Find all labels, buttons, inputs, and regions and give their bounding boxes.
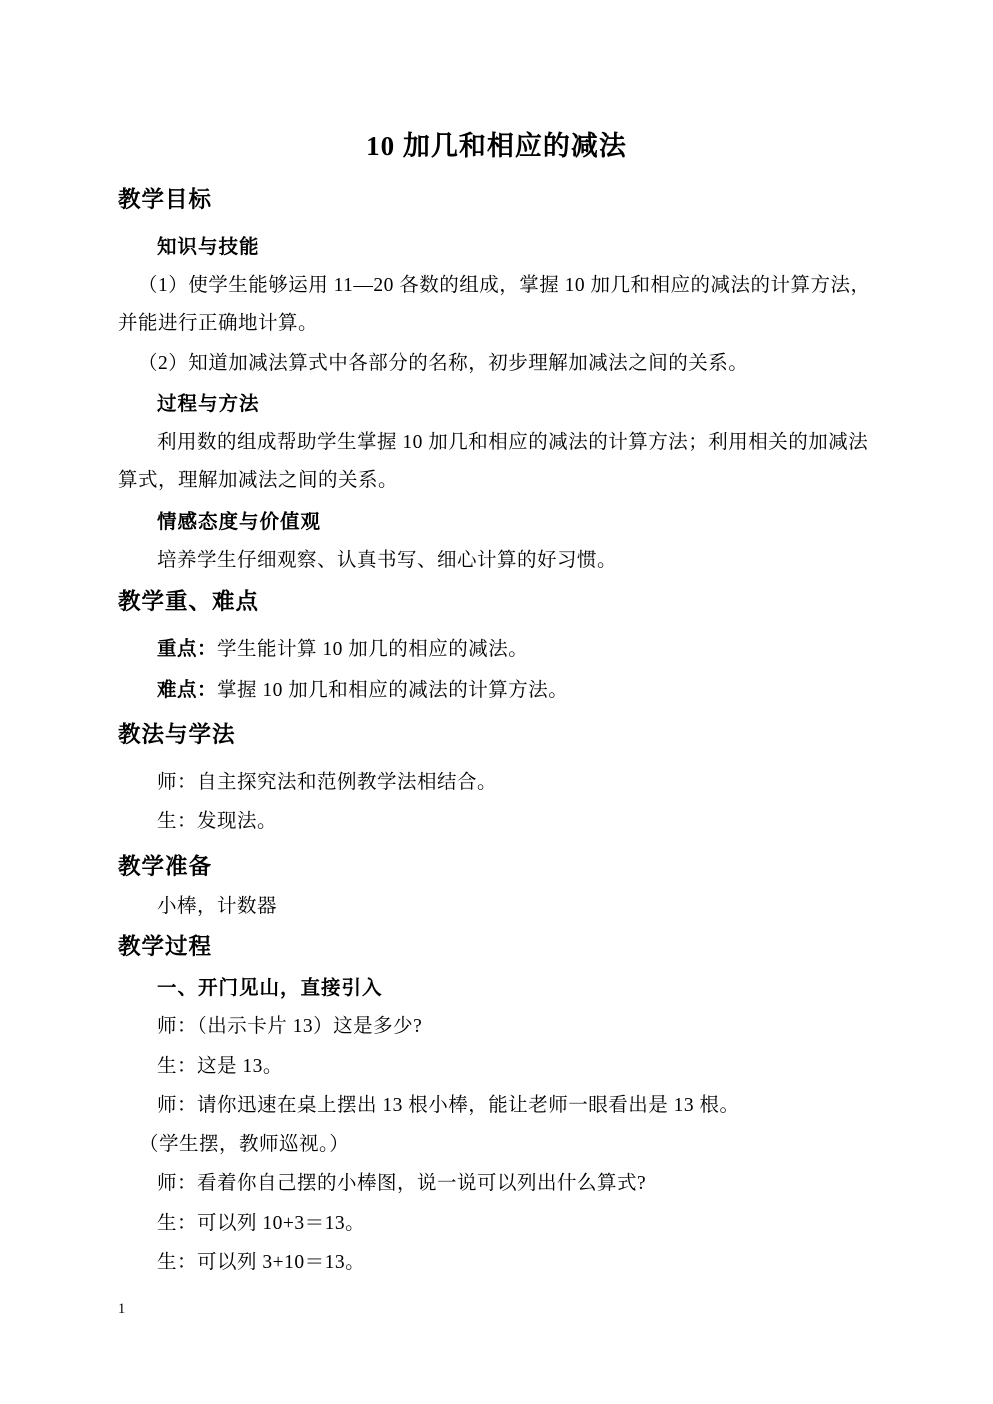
dialog-line-1: 师：（出示卡片 13）这是多少? bbox=[157, 1015, 422, 1039]
heading-teaching-goals: 教学目标 bbox=[118, 186, 212, 214]
paragraph-knowledge-1b: 并能进行正确地计算。 bbox=[118, 312, 318, 336]
paragraph-knowledge-1a: （1）使学生能够运用 11—20 各数的组成，掌握 10 加几和相应的减法的计算… bbox=[138, 274, 871, 298]
focus-label: 重点： bbox=[157, 637, 217, 660]
subheading-emotion-values: 情感态度与价值观 bbox=[157, 510, 321, 534]
dialog-line-6: 生：可以列 10+3＝13。 bbox=[157, 1212, 365, 1236]
subheading-step1: 一、开门见山，直接引入 bbox=[157, 976, 383, 1000]
document-page: 10 加几和相应的减法 教学目标 知识与技能 （1）使学生能够运用 11—20 … bbox=[0, 0, 993, 1404]
dialog-line-3: 师：请你迅速在桌上摆出 13 根小棒，能让老师一眼看出是 13 根。 bbox=[157, 1094, 740, 1118]
dialog-line-7: 生：可以列 3+10＝13。 bbox=[157, 1251, 365, 1275]
focus-text: 学生能计算 10 加几的相应的减法。 bbox=[217, 639, 528, 660]
difficulty-text: 掌握 10 加几和相应的减法的计算方法。 bbox=[217, 680, 568, 701]
heading-key-points: 教学重、难点 bbox=[118, 588, 259, 616]
subheading-knowledge-skills: 知识与技能 bbox=[157, 235, 260, 259]
dialog-line-5: 师：看着你自己摆的小棒图，说一说可以列出什么算式? bbox=[157, 1172, 646, 1196]
paragraph-process-method-b: 算式，理解加减法之间的关系。 bbox=[118, 469, 398, 493]
paragraph-method-student: 生：发现法。 bbox=[157, 810, 277, 834]
paragraph-emotion: 培养学生仔细观察、认真书写、细心计算的好习惯。 bbox=[157, 549, 617, 573]
heading-methods: 教法与学法 bbox=[118, 721, 236, 749]
paragraph-focus: 重点：学生能计算 10 加几的相应的减法。 bbox=[157, 637, 528, 662]
heading-process: 教学过程 bbox=[118, 933, 212, 961]
paragraph-method-teacher: 师：自主探究法和范例教学法相结合。 bbox=[157, 771, 497, 795]
page-number: 1 bbox=[118, 1300, 126, 1318]
paragraph-difficulty: 难点：掌握 10 加几和相应的减法的计算方法。 bbox=[157, 678, 568, 703]
page-title: 10 加几和相应的减法 bbox=[0, 130, 993, 162]
paragraph-knowledge-2: （2）知道加减法算式中各部分的名称，初步理解加减法之间的关系。 bbox=[138, 352, 748, 376]
dialog-line-4: （学生摆，教师巡视。） bbox=[139, 1133, 349, 1157]
paragraph-preparation-items: 小棒，计数器 bbox=[157, 895, 277, 919]
paragraph-process-method-a: 利用数的组成帮助学生掌握 10 加几和相应的减法的计算方法；利用相关的加减法 bbox=[157, 431, 868, 455]
heading-preparation: 教学准备 bbox=[118, 853, 212, 881]
difficulty-label: 难点： bbox=[157, 678, 217, 701]
dialog-line-2: 生：这是 13。 bbox=[157, 1055, 283, 1079]
subheading-process-method: 过程与方法 bbox=[157, 392, 260, 416]
